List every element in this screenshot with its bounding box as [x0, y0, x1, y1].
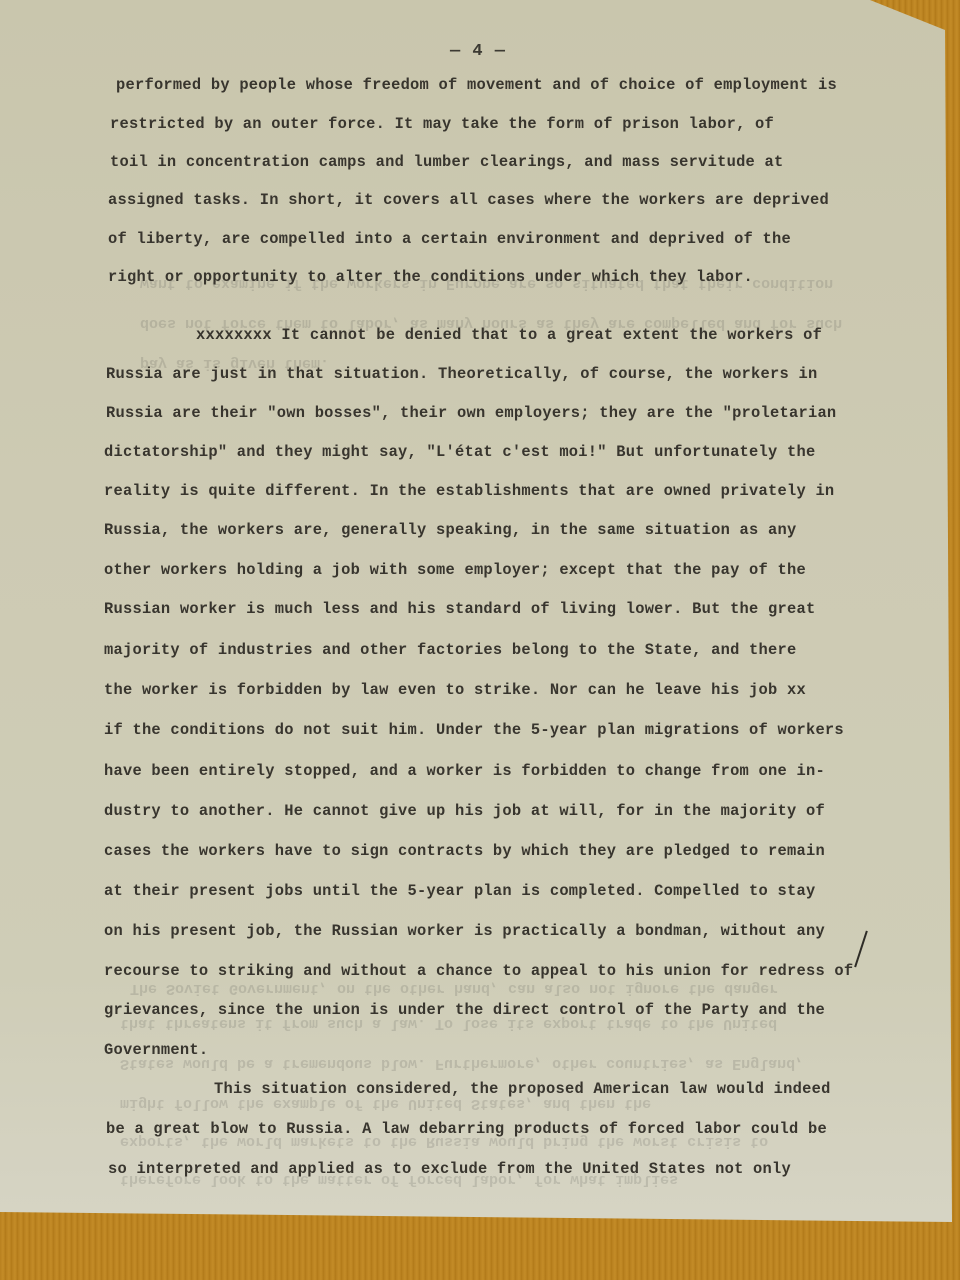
text-line: the worker is forbidden by law even to s… — [104, 681, 806, 699]
text-line: Russian worker is much less and his stan… — [104, 600, 815, 618]
text-line: Russia, the workers are, generally speak… — [104, 521, 796, 539]
text-line: on his present job, the Russian worker i… — [104, 922, 825, 940]
text-line: at their present jobs until the 5-year p… — [104, 882, 815, 900]
text-line: other workers holding a job with some em… — [104, 561, 806, 579]
text-line: if the conditions do not suit him. Under… — [104, 721, 844, 739]
text-line: right or opportunity to alter the condit… — [108, 268, 753, 286]
text-line: dustry to another. He cannot give up his… — [104, 802, 825, 820]
typewritten-page: want to examine if the workers in Europe… — [0, 0, 952, 1222]
text-line: Government. — [104, 1041, 208, 1059]
text-line: xxxxxxxx It cannot be denied that to a g… — [196, 326, 822, 344]
text-line: restricted by an outer force. It may tak… — [110, 115, 774, 133]
text-line: have been entirely stopped, and a worker… — [104, 762, 825, 780]
text-line: grievances, since the union is under the… — [104, 1001, 825, 1019]
text-line: assigned tasks. In short, it covers all … — [108, 191, 829, 209]
text-line: This situation considered, the proposed … — [214, 1080, 831, 1098]
text-line: majority of industries and other factori… — [104, 641, 796, 659]
page-number: — 4 — — [450, 42, 506, 61]
text-line: so interpreted and applied as to exclude… — [108, 1160, 791, 1178]
text-line: be a great blow to Russia. A law debarri… — [106, 1120, 827, 1138]
text-line: reality is quite different. In the estab… — [104, 482, 834, 500]
text-line: toil in concentration camps and lumber c… — [110, 153, 784, 171]
text-line: recourse to striking and without a chanc… — [104, 962, 853, 980]
text-line: Russia are their "own bosses", their own… — [106, 404, 836, 422]
text-line: Russia are just in that situation. Theor… — [106, 365, 817, 383]
pencil-margin-mark — [854, 931, 868, 968]
text-line: dictatorship" and they might say, "L'éta… — [104, 443, 815, 461]
text-line: performed by people whose freedom of mov… — [116, 76, 837, 94]
text-line: cases the workers have to sign contracts… — [104, 842, 825, 860]
text-line: of liberty, are compelled into a certain… — [108, 230, 791, 248]
